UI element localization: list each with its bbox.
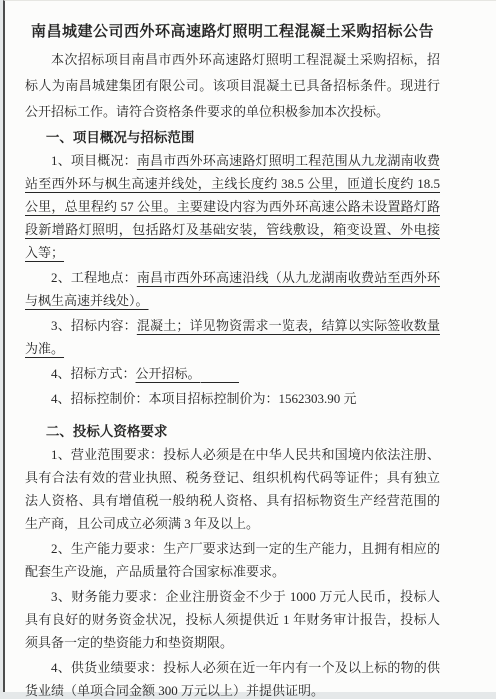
tender-item-tender-method: 4、招标方式：公开招标。 — [25, 362, 440, 385]
tender-item-control-price: 4、招标控制价：本项目招标控制价为：1562303.90 元 — [25, 387, 440, 410]
document-page: 南昌城建公司西外环高速路灯照明工程混凝土采购招标公告 本次招标项目南昌市西外环高… — [3, 0, 496, 692]
document-content: 南昌城建公司西外环高速路灯照明工程混凝土采购招标公告 本次招标项目南昌市西外环高… — [5, 22, 496, 699]
tender-item-project-location: 2、工程地点：南昌市西外环高速沿线（从九龙湖南收费站至西外环与枫生高速并线处）。 — [25, 266, 440, 312]
item-label: 4、招标控制价： — [51, 391, 149, 406]
intro-paragraph: 本次招标项目南昌市西外环高速路灯照明工程混凝土采购招标，招标人为南昌城建集团有限… — [25, 47, 440, 125]
item-label: 4、招标方式： — [51, 366, 136, 381]
item-text: 本项目招标控制价为：1562303.90 元 — [149, 391, 357, 406]
tender-item-project-overview: 1、项目概况：南昌市西外环高速路灯照明工程范围从九龙湖南收费站至西外环与枫生高速… — [25, 149, 440, 264]
item-underlined-text: 南昌市西外环高速路灯照明工程范围从九龙湖南收费站至西外环与枫生高速并线处，主线长… — [25, 153, 440, 260]
qualification-business-scope: 1、营业范围要求：投标人必须是在中华人民共和国境内依法注册、具有合法有效的营业执… — [25, 443, 440, 535]
section-one-heading: 一、项目概况与招标范围 — [25, 128, 440, 147]
item-underlined-text: 公开招标。 — [136, 366, 201, 381]
tender-item-tender-content: 3、招标内容：混凝土；详见物资需求一览表，结算以实际签收数量为准。 — [25, 314, 440, 360]
underline-extension — [201, 370, 239, 383]
qualification-financial-capacity: 3、财务能力要求：企业注册资金不少于 1000 万元人民币，投标人具有良好的财务… — [25, 585, 440, 654]
section-two-heading: 二、投标人资格要求 — [25, 422, 440, 441]
qualification-supply-record: 4、供货业绩要求：投标人必须在近一年内有一个及以上标的物的供货业绩（单项合同金额… — [25, 656, 440, 699]
item-label: 3、招标内容： — [51, 318, 137, 333]
document-title: 南昌城建公司西外环高速路灯照明工程混凝土采购招标公告 — [25, 22, 440, 42]
item-label: 1、项目概况： — [51, 153, 137, 168]
item-label: 2、工程地点： — [51, 270, 137, 285]
qualification-production-capacity: 2、生产能力要求：生产厂要求达到一定的生产能力，且拥有相应的配套生产设施，产品质… — [25, 537, 440, 583]
